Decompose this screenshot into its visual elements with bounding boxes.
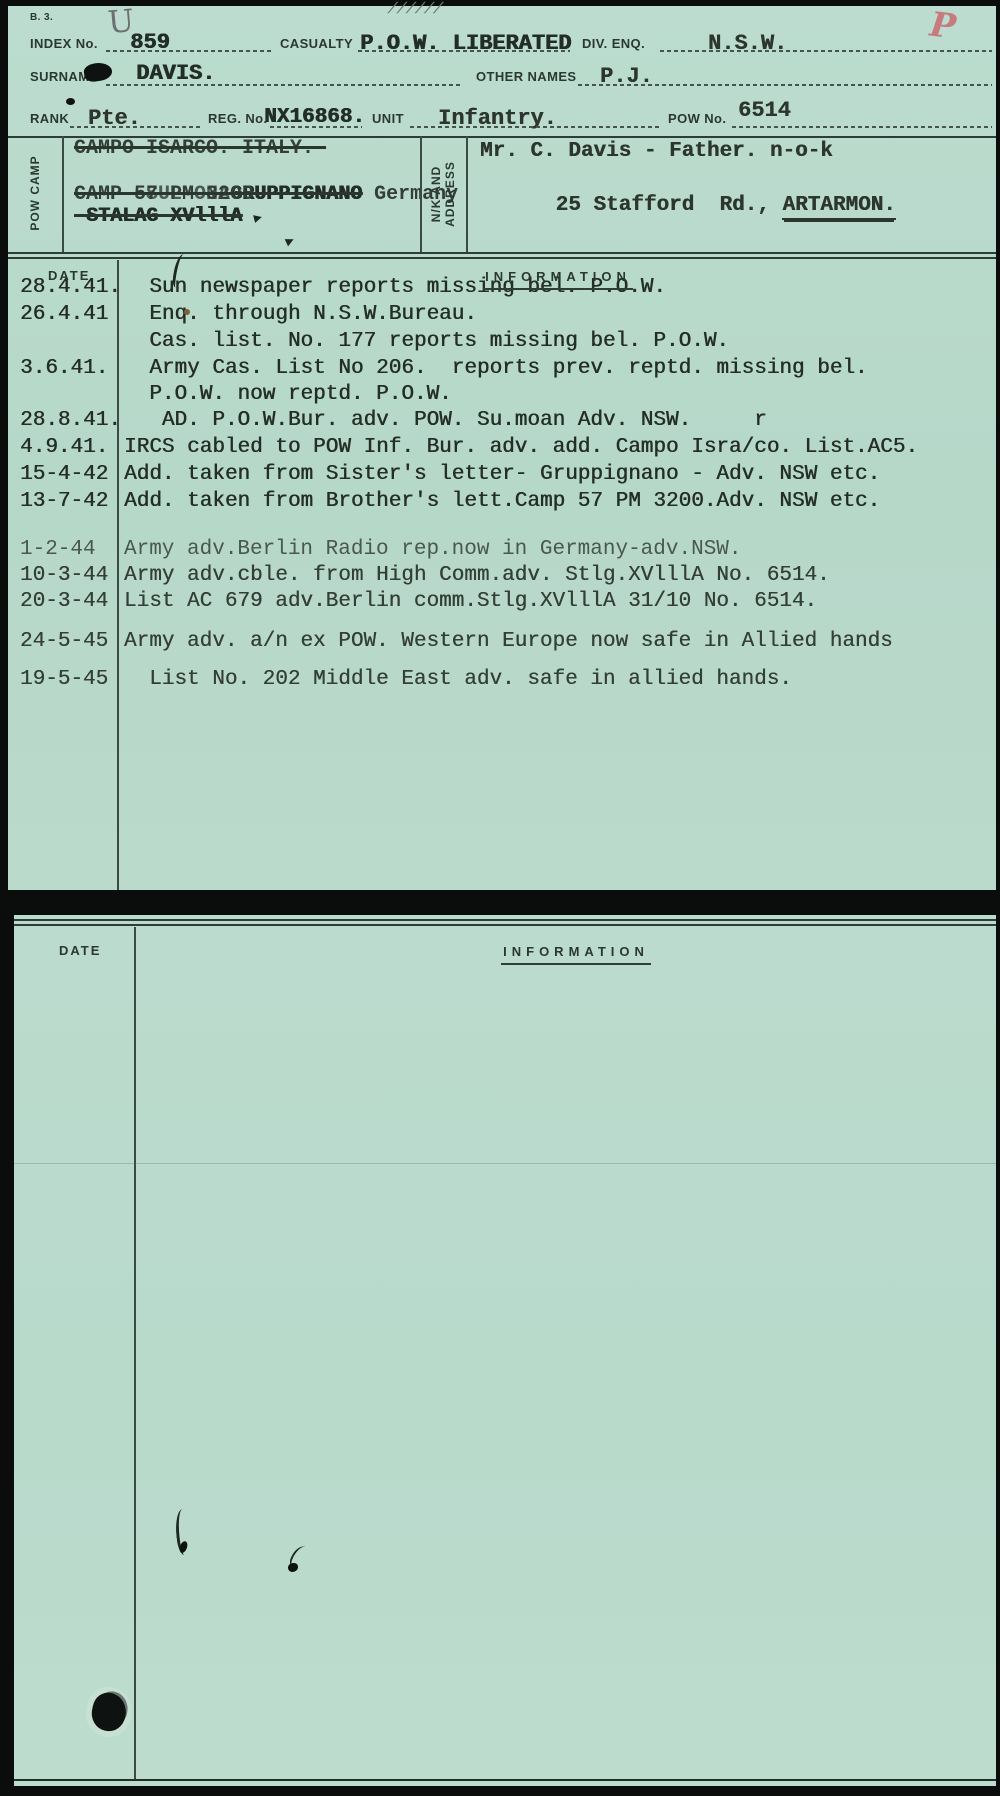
casualty-label: CASUALTY [280, 36, 353, 51]
camp-box-divider-1 [62, 136, 64, 252]
form-code: B. 3. [30, 12, 53, 23]
ink-dot [66, 98, 75, 105]
pow-no-ruled-line [732, 126, 992, 128]
table-top-rule-2 [8, 257, 996, 259]
scanned-pow-index-card: B. 3. ////// P U INDEX No. 859 CASUALTY … [0, 0, 1000, 1796]
handwritten-pencil-mark: U [106, 3, 135, 41]
pencil-tally-marks: ////// [386, 0, 449, 16]
table-top-rule-1 [8, 252, 996, 254]
index-card-back: DATE INFORMATION [14, 915, 996, 1786]
nok-address-label: N/K AND ADDRESS [429, 139, 457, 249]
surname-value: DAVIS. [136, 61, 215, 86]
nok-line-2: 25 Stafford Rd., ARTARMON. [480, 171, 896, 240]
div-enq-label: DIV. ENQ. [582, 36, 645, 51]
pow-no-value: 6514 [738, 98, 791, 123]
pow-camp-label: POW CAMP [28, 155, 42, 231]
nok-address-text: 25 Stafford Rd., [556, 194, 783, 217]
paper-crease [14, 1163, 996, 1164]
camp-box-divider-2 [420, 136, 422, 252]
ink-curl-dot [288, 1563, 298, 1572]
information-column-header: INFORMATION [406, 943, 746, 965]
unit-label: UNIT [372, 111, 404, 126]
index-no-ruled-line [106, 50, 272, 52]
camp-entry-3: CAMP-57-PM 3200 [74, 183, 254, 206]
date-column-header: DATE [48, 268, 90, 283]
casualty-ruled-line [358, 50, 570, 52]
date-column-header: DATE [59, 943, 101, 958]
nok-line-1: Mr. C. Davis - Father. n-o-k [480, 140, 833, 163]
reg-no-ruled-line [270, 126, 362, 128]
unit-ruled-line [410, 126, 660, 128]
index-no-label: INDEX No. [30, 36, 98, 51]
casualty-value: P.O.W. LIBERATED [360, 31, 571, 56]
rust-dot [184, 309, 190, 315]
information-column-header: INFORMATION [388, 268, 728, 290]
handwritten-red-letter: P [928, 5, 958, 48]
div-enq-value: N.S.W. [708, 31, 787, 56]
other-names-ruled-line [578, 84, 992, 86]
reg-no-label: REG. No. [208, 111, 268, 126]
pow-no-label: POW No. [668, 111, 726, 126]
nok-suburb-underlined: ARTARMON. [782, 194, 895, 220]
camp-box-divider-3 [466, 136, 468, 252]
rank-label: RANK [30, 111, 69, 126]
card2-top-rule-2 [14, 924, 996, 926]
ink-arrow-mark-2 [285, 236, 296, 247]
index-card-front: B. 3. ////// P U INDEX No. 859 CASUALTY … [8, 6, 996, 890]
other-names-label: OTHER NAMES [476, 69, 576, 84]
card2-top-rule-1 [14, 919, 996, 921]
table-column-divider [117, 260, 119, 890]
card2-bottom-rule [14, 1779, 996, 1781]
ink-blot [83, 61, 113, 83]
camp-entry-4: -STALAG-XVlllA [74, 205, 242, 228]
punch-hole-ink-blob [88, 1690, 129, 1734]
rank-ruled-line [70, 126, 200, 128]
camp-entry-1: CAMPO-ISARCO. ITALY.- [74, 137, 326, 160]
table-column-divider [134, 927, 136, 1779]
div-enq-ruled-line [660, 50, 992, 52]
